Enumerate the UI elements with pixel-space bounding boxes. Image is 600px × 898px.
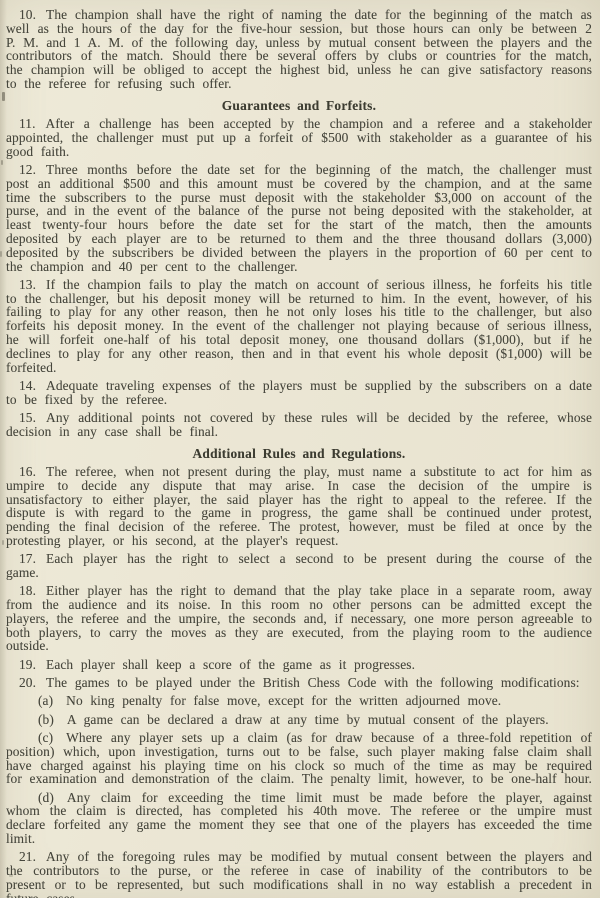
rule-paragraph-15: 15.Any additional points not covered by … — [6, 411, 592, 439]
rule-paragraph-16: 16.The referee, when not present during … — [6, 465, 592, 548]
rule-paragraph-13: 13.If the champion fails to play the mat… — [6, 278, 592, 375]
scan-speck — [2, 92, 5, 101]
rule-text-20: The games to be played under the British… — [46, 675, 580, 690]
rule-paragraph-12: 12.Three months before the date set for … — [6, 163, 592, 273]
rule-number-18: 18. — [19, 583, 46, 598]
rule-number-10: 10. — [19, 7, 46, 22]
rule-paragraph-14: 14.Adequate traveling expenses of the pl… — [6, 379, 592, 407]
rule-text-16: The referee, when not present during the… — [6, 464, 592, 548]
rule-text-19: Each player shall keep a score of the ga… — [46, 657, 415, 672]
rule-paragraph-18: 18.Either player has the right to demand… — [6, 584, 592, 653]
rule-paragraph-17: 17.Each player has the right to select a… — [6, 552, 592, 580]
rule-label-20b: (b) — [38, 712, 67, 727]
rule-label-20a: (a) — [38, 693, 66, 708]
rule-paragraph-20b: (b)A game can be declared a draw at any … — [6, 713, 592, 727]
rule-text-21: Any of the foregoing rules may be modifi… — [6, 849, 592, 898]
scan-speck — [1, 160, 3, 165]
rule-text-11: After a challenge has been accepted by t… — [6, 116, 592, 159]
rule-number-17: 17. — [19, 551, 46, 566]
scan-speck — [2, 540, 4, 545]
rule-paragraph-20c: (c)Where any player sets up a claim (as … — [6, 731, 592, 786]
rule-paragraph-21: 21.Any of the foregoing rules may be mod… — [6, 850, 592, 898]
rule-text-17: Each player has the right to select a se… — [6, 551, 592, 580]
rule-paragraph-10: 10.The champion shall have the right of … — [6, 8, 592, 91]
rule-text-20b: A game can be declared a draw at any tim… — [67, 712, 549, 727]
rule-number-14: 14. — [19, 378, 46, 393]
rule-number-16: 16. — [19, 464, 46, 479]
rule-text-20d: Any claim for exceeding the time limit m… — [6, 790, 592, 846]
rule-text-14: Adequate traveling expenses of the playe… — [6, 378, 592, 407]
rule-text-20a: No king penalty for false move, except f… — [66, 693, 501, 708]
rule-text-13: If the champion fails to play the match … — [6, 277, 592, 375]
scan-speck — [0, 251, 2, 257]
rule-paragraph-11: 11.After a challenge has been accepted b… — [6, 117, 592, 158]
rule-number-11: 11. — [19, 116, 46, 131]
rule-paragraph-20: 20.The games to be played under the Brit… — [6, 676, 592, 690]
rule-text-20c: Where any player sets up a claim (as for… — [6, 730, 592, 786]
rule-paragraph-19: 19.Each player shall keep a score of the… — [6, 658, 592, 672]
rule-paragraph-20a: (a)No king penalty for false move, excep… — [6, 694, 592, 708]
rule-number-20: 20. — [19, 675, 46, 690]
rule-number-19: 19. — [19, 657, 46, 672]
rule-number-12: 12. — [19, 162, 46, 177]
rule-text-15: Any additional points not covered by the… — [6, 410, 592, 439]
rule-text-12: Three months before the date set for the… — [6, 162, 592, 274]
section-heading-additional-rules: Additional Rules and Regulations. — [6, 447, 592, 461]
rule-number-15: 15. — [19, 410, 46, 425]
rule-number-21: 21. — [19, 849, 46, 864]
rule-text-10: The champion shall have the right of nam… — [6, 7, 592, 91]
rule-label-20d: (d) — [38, 790, 67, 805]
rule-label-20c: (c) — [38, 730, 66, 745]
scanned-rules-page: 10.The champion shall have the right of … — [0, 0, 600, 898]
rule-text-18: Either player has the right to demand th… — [6, 583, 592, 653]
rule-paragraph-20d: (d)Any claim for exceeding the time limi… — [6, 791, 592, 846]
rule-number-13: 13. — [19, 277, 46, 292]
section-heading-guarantees-and-forfeits: Guarantees and Forfeits. — [6, 99, 592, 113]
